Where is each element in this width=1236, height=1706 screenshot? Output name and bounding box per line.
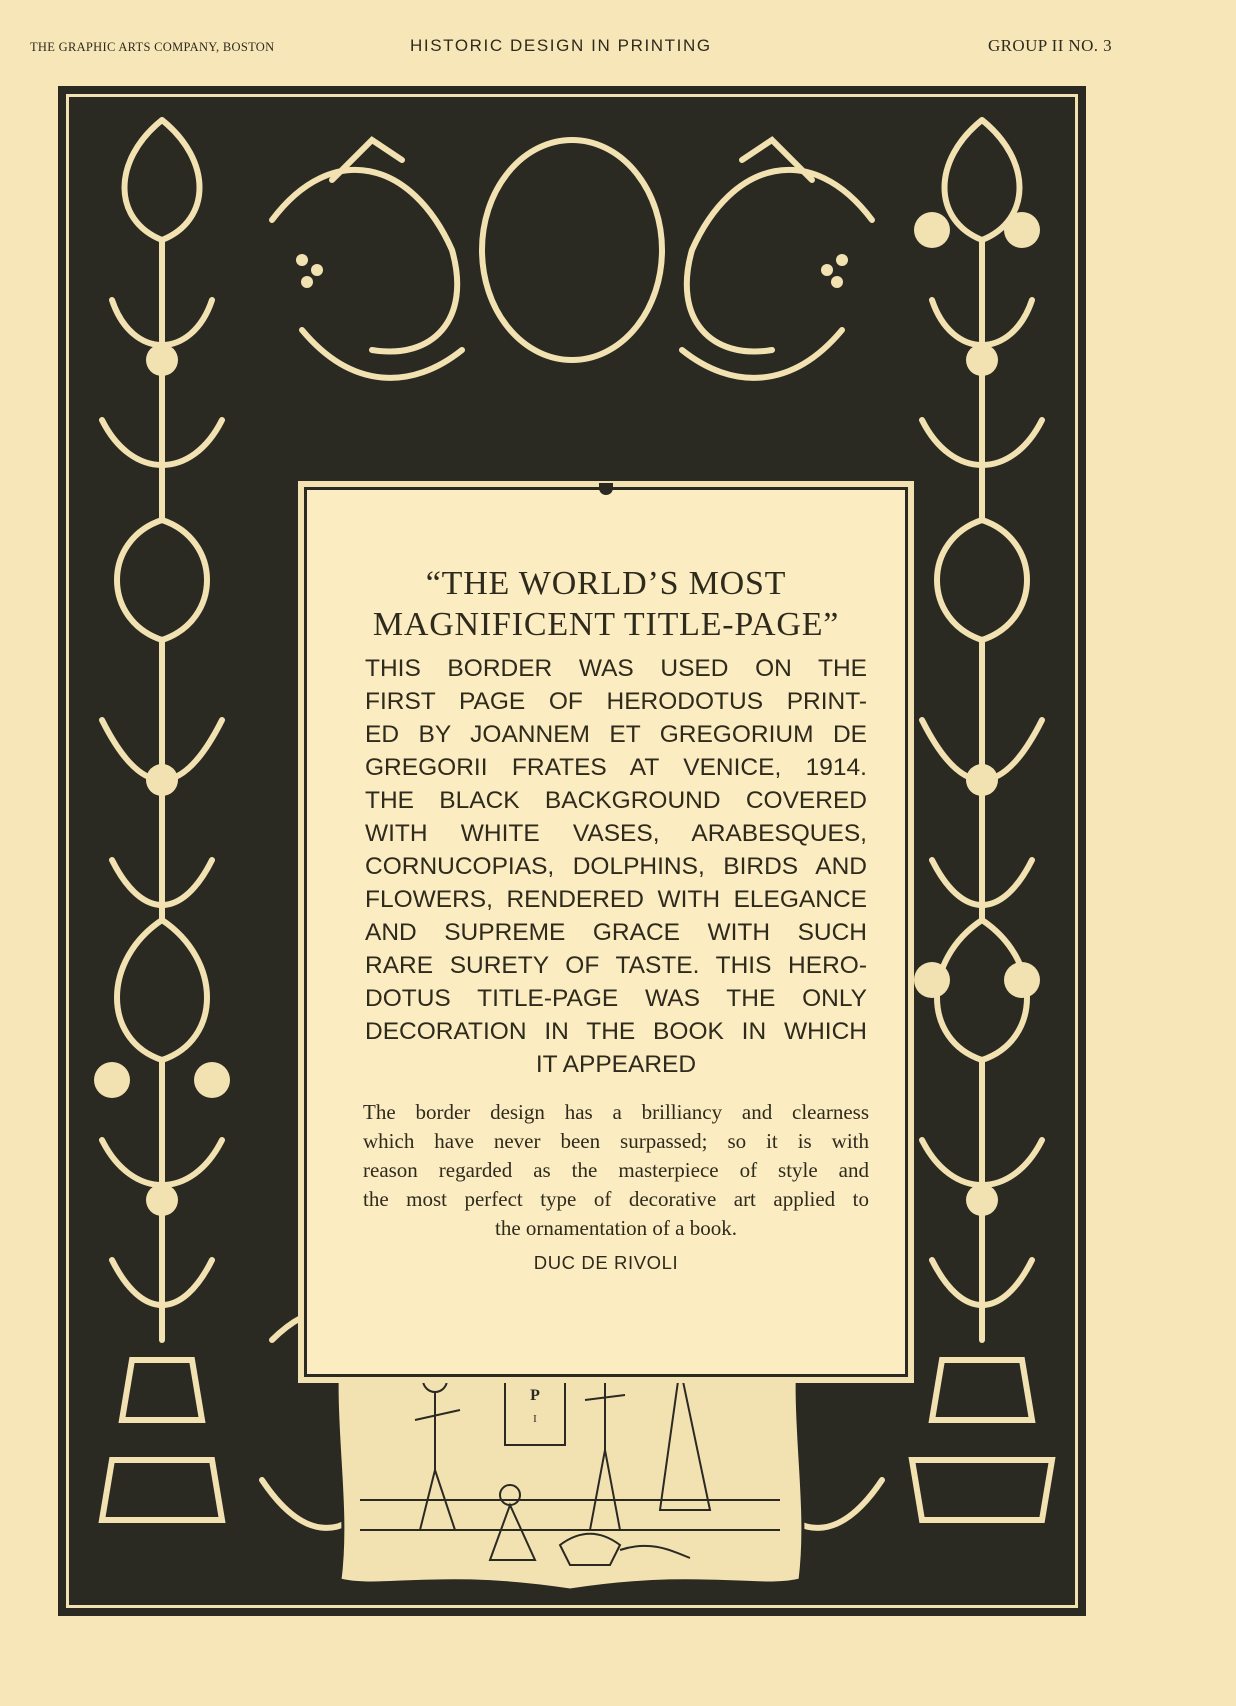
attribution: DUC DE RIVOLI bbox=[307, 1252, 905, 1274]
description-line: FLOWERS, RENDERED WITH ELEGANCE bbox=[365, 883, 867, 916]
group-number: GROUP II NO. 3 bbox=[988, 36, 1112, 56]
text-panel: “THE WORLD’S MOST MAGNIFICENT TITLE-PAGE… bbox=[298, 481, 914, 1383]
description-line: WITH WHITE VASES, ARABESQUES, bbox=[365, 817, 867, 850]
publisher-label: THE GRAPHIC ARTS COMPANY, BOSTON bbox=[30, 40, 274, 55]
quote-line: the ornamentation of a book. bbox=[363, 1214, 869, 1243]
description-line: RARE SURETY OF TASTE. THIS HERO- bbox=[365, 949, 867, 982]
panel-rule: “THE WORLD’S MOST MAGNIFICENT TITLE-PAGE… bbox=[304, 487, 908, 1377]
quotation: The border design has a brilliancy and c… bbox=[363, 1098, 869, 1243]
headline-line: MAGNIFICENT TITLE-PAGE” bbox=[307, 604, 905, 645]
description-line: THE BLACK BACKGROUND COVERED bbox=[365, 784, 867, 817]
description-line: FIRST PAGE OF HERODOTUS PRINT- bbox=[365, 685, 867, 718]
quote-line: the most perfect type of decorative art … bbox=[363, 1185, 869, 1214]
svg-text:I: I bbox=[533, 1413, 537, 1425]
series-title: HISTORIC DESIGN IN PRINTING bbox=[410, 36, 712, 56]
description-caps: THIS BORDER WAS USED ON THE FIRST PAGE O… bbox=[365, 652, 867, 1081]
description-line: CORNUCOPIAS, DOLPHINS, BIRDS AND bbox=[365, 850, 867, 883]
quote-line: reason regarded as the masterpiece of st… bbox=[363, 1156, 869, 1185]
headline-line: “THE WORLD’S MOST bbox=[307, 563, 905, 604]
quote-line: The border design has a brilliancy and c… bbox=[363, 1098, 869, 1127]
description-line: DOTUS TITLE-PAGE WAS THE ONLY bbox=[365, 982, 867, 1015]
svg-text:P: P bbox=[530, 1387, 540, 1404]
description-line: GREGORII FRATES AT VENICE, 1914. bbox=[365, 751, 867, 784]
description-line: IT APPEARED bbox=[365, 1048, 867, 1081]
description-line: THIS BORDER WAS USED ON THE bbox=[365, 652, 867, 685]
description-line: ED BY JOANNEM ET GREGORIUM DE bbox=[365, 718, 867, 751]
plate-headline: “THE WORLD’S MOST MAGNIFICENT TITLE-PAGE… bbox=[307, 563, 905, 645]
running-head: THE GRAPHIC ARTS COMPANY, BOSTON HISTORI… bbox=[0, 36, 1236, 60]
quote-line: which have never been surpassed; so it i… bbox=[363, 1127, 869, 1156]
description-line: DECORATION IN THE BOOK IN WHICH bbox=[365, 1015, 867, 1048]
woodcut-border: S·C P I “THE WORLD’S MOST MAGNIFICENT TI… bbox=[58, 86, 1086, 1616]
description-line: AND SUPREME GRACE WITH SUCH bbox=[365, 916, 867, 949]
